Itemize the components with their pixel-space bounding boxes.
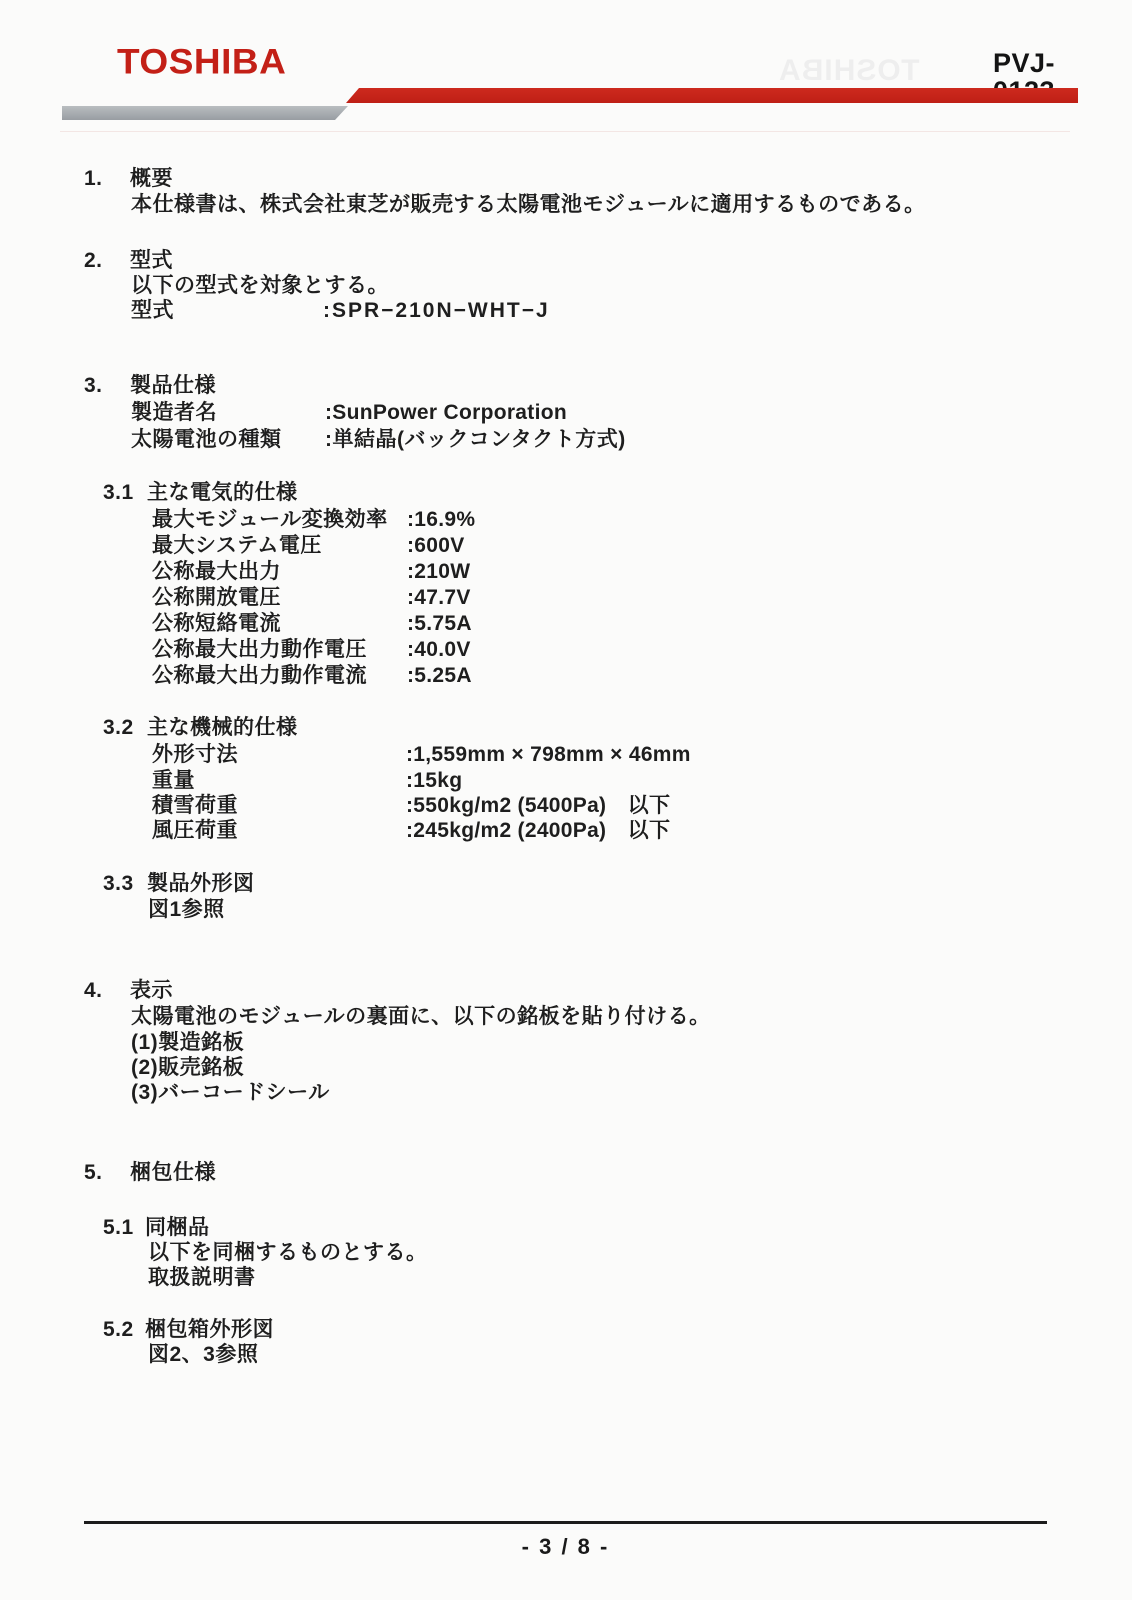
maker-value: :SunPower Corporation xyxy=(325,400,567,426)
cell-type-value: :単結晶(バックコンタクト方式) xyxy=(325,427,626,453)
spec-row-value: :245kg/m2 (2400Pa) 以下 xyxy=(406,818,670,844)
section-5-1-title: 同梱品 xyxy=(145,1215,210,1241)
spec-row-value: :15kg xyxy=(406,768,462,794)
included-item-manual: 取扱説明書 xyxy=(148,1265,256,1291)
section-5-number: 5. xyxy=(84,1160,103,1186)
document-page: TOSHIBA TOSHIBA PVJ-0123 1. 概要 本仕様書は、株式会… xyxy=(0,0,1132,1600)
bleed-through-text: TOSHIBA xyxy=(778,54,919,88)
toshiba-logo: TOSHIBA xyxy=(117,44,286,80)
scan-artifact-line xyxy=(60,131,1070,132)
spec-row-label: 公称最大出力動作電流 xyxy=(152,663,367,689)
spec-row-label: 最大モジュール変換効率 xyxy=(152,507,388,533)
spec-row-label: 公称最大出力動作電圧 xyxy=(152,637,367,663)
maker-label: 製造者名 xyxy=(131,400,217,426)
section-1-number: 1. xyxy=(84,166,103,192)
spec-row-label: 公称短絡電流 xyxy=(152,611,281,637)
spec-row-label: 風圧荷重 xyxy=(152,818,238,844)
nameplate-item: (2)販売銘板 xyxy=(131,1055,244,1081)
section-2-number: 2. xyxy=(84,248,103,274)
figure-2-3-reference: 図2、3参照 xyxy=(148,1342,258,1368)
spec-row-label: 重量 xyxy=(152,768,195,794)
section-3-2-number: 3.2 xyxy=(103,715,134,741)
cell-type-label: 太陽電池の種類 xyxy=(131,427,282,453)
section-3-3-number: 3.3 xyxy=(103,871,134,897)
spec-row-value: :47.7V xyxy=(407,585,471,611)
section-3-2-title: 主な機械的仕様 xyxy=(147,715,298,741)
spec-row-value: :600V xyxy=(407,533,465,559)
spec-row-label: 公称最大出力 xyxy=(152,559,281,585)
footer-rule xyxy=(84,1521,1047,1524)
figure-1-reference: 図1参照 xyxy=(148,897,225,923)
header-gray-bar xyxy=(62,106,348,120)
spec-row-label: 公称開放電圧 xyxy=(152,585,281,611)
section-3-1-title: 主な電気的仕様 xyxy=(147,480,298,506)
spec-row-value: :550kg/m2 (5400Pa) 以下 xyxy=(406,793,670,819)
section-3-title: 製品仕様 xyxy=(130,373,216,399)
section-2-intro: 以下の型式を対象とする。 xyxy=(131,273,389,299)
section-3-number: 3. xyxy=(84,373,103,399)
spec-row-value: :16.9% xyxy=(407,507,475,533)
spec-row-value: :5.25A xyxy=(407,663,472,689)
section-5-1-number: 5.1 xyxy=(103,1215,134,1241)
section-1-body: 本仕様書は、株式会社東芝が販売する太陽電池モジュールに適用するものである。 xyxy=(131,192,926,218)
spec-row-label: 外形寸法 xyxy=(152,742,238,768)
spec-row-label: 最大システム電圧 xyxy=(152,533,322,559)
nameplate-item: (3)バーコードシール xyxy=(131,1080,330,1106)
model-label: 型式 xyxy=(131,298,174,324)
section-5-1-body: 以下を同梱するものとする。 xyxy=(148,1240,428,1266)
section-5-2-title: 梱包箱外形図 xyxy=(145,1317,274,1343)
section-1-title: 概要 xyxy=(130,166,173,192)
page-number: - 3 / 8 - xyxy=(84,1534,1047,1560)
model-value: :SPR−210N−WHT−J xyxy=(323,298,550,324)
spec-row-value: :210W xyxy=(407,559,470,585)
section-4-intro: 太陽電池のモジュールの裏面に、以下の銘板を貼り付ける。 xyxy=(131,1004,711,1030)
section-4-number: 4. xyxy=(84,978,103,1004)
section-4-title: 表示 xyxy=(130,978,173,1004)
section-5-2-number: 5.2 xyxy=(103,1317,134,1343)
section-3-3-title: 製品外形図 xyxy=(147,871,255,897)
spec-row-value: :5.75A xyxy=(407,611,472,637)
spec-row-value: :1,559mm × 798mm × 46mm xyxy=(406,742,691,768)
section-2-title: 型式 xyxy=(130,248,173,274)
section-3-1-number: 3.1 xyxy=(103,480,134,506)
section-5-title: 梱包仕様 xyxy=(130,1160,216,1186)
header-red-bar xyxy=(346,88,1078,103)
spec-row-label: 積雪荷重 xyxy=(152,793,238,819)
nameplate-item: (1)製造銘板 xyxy=(131,1030,244,1056)
spec-row-value: :40.0V xyxy=(407,637,471,663)
